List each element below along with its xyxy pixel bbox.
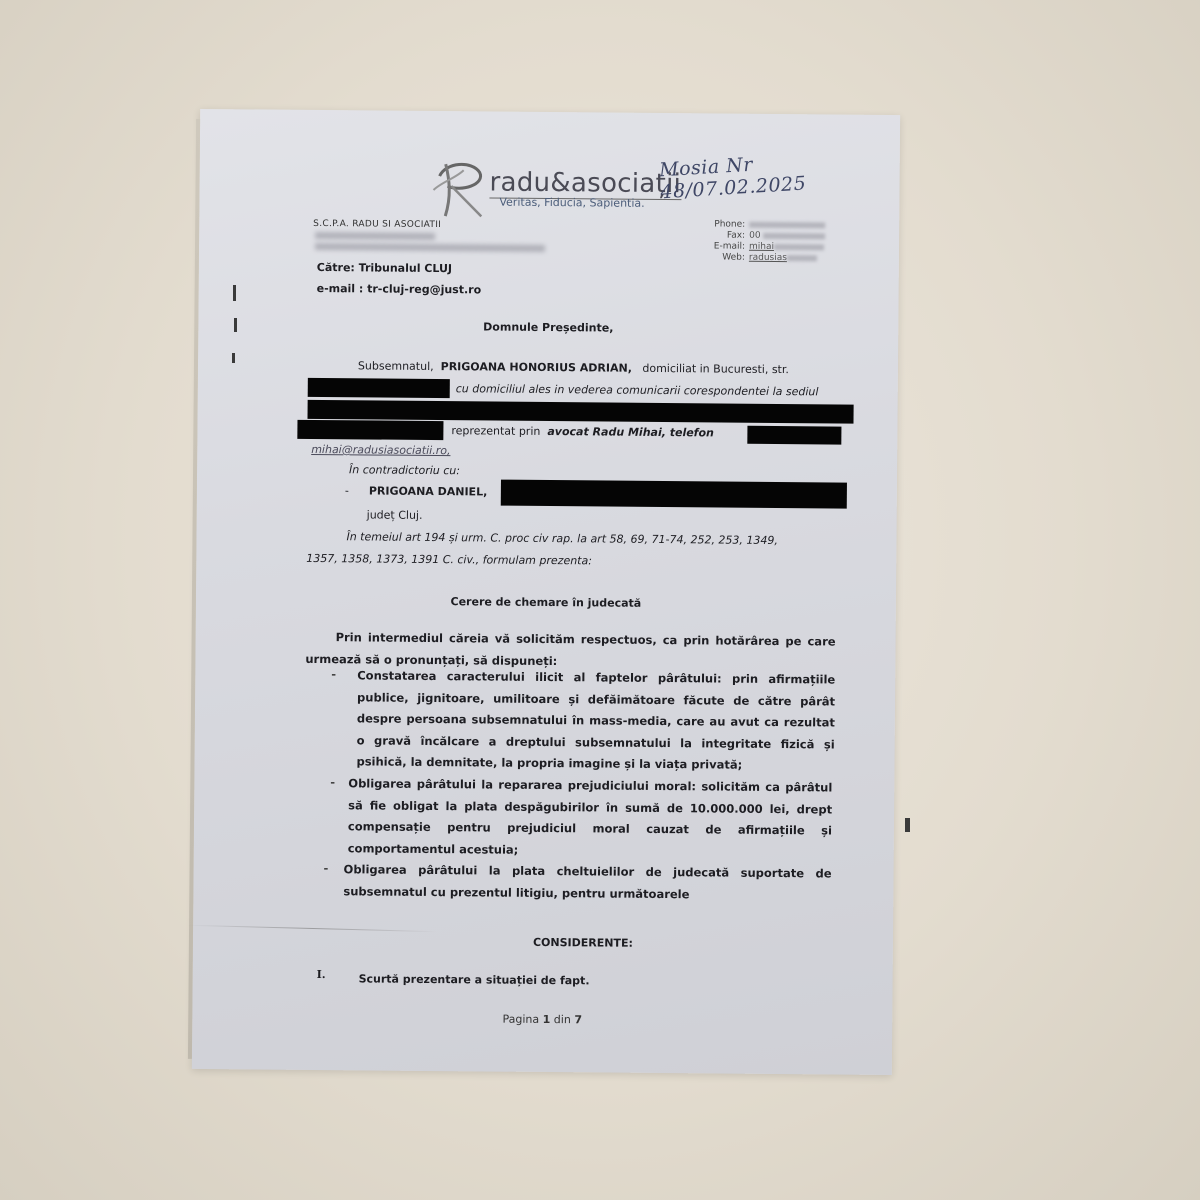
blurred-email: [774, 243, 824, 249]
lawyer-email-link[interactable]: mihai@radusiasociatii.ro,: [311, 443, 450, 457]
defendant-name: PRIGOANA DANIEL,: [369, 484, 488, 498]
considerente-heading: CONSIDERENTE:: [233, 933, 933, 952]
fax-label: Fax:: [727, 231, 745, 242]
phone-label: Phone:: [714, 219, 745, 230]
salutation: Domnule Președinte,: [198, 318, 898, 337]
scan-mark: [232, 353, 235, 363]
request-item-1: Constatarea caracterului ilicit al fapte…: [356, 665, 835, 777]
lawyer-name: avocat Radu Mihai, telefon: [547, 425, 714, 439]
defendant-dash: -: [345, 484, 349, 497]
current-page: 1: [543, 1013, 551, 1026]
contra-label: În contradictoriu cu:: [349, 463, 460, 477]
section-1-number: I.: [317, 968, 326, 981]
recipient-email: e-mail : tr-cluj-reg@just.ro: [317, 282, 482, 296]
web-prefix: radusias: [749, 253, 787, 263]
blurred-web: [787, 255, 817, 261]
blurred-phone: [749, 221, 825, 228]
legal-basis-line-2: 1357, 1358, 1373, 1391 C. civ., formulam…: [306, 552, 592, 567]
firm-logo-icon: [431, 156, 486, 218]
document-page: radu&asociații Veritas, Fiducia, Sapient…: [192, 109, 900, 1075]
page-footer: Pagina 1 din 7: [192, 1010, 892, 1029]
intro-line-2: cu domiciliul ales in vederea comunicari…: [456, 382, 819, 398]
fax-prefix: 00: [749, 231, 761, 241]
redaction-box: [308, 378, 450, 398]
redaction-box: [297, 420, 443, 440]
intro-line-1: Subsemnatul, PRIGOANA HONORIUS ADRIAN, d…: [358, 359, 789, 376]
paper-smudge: [187, 925, 437, 933]
redaction-box: [747, 426, 841, 445]
redaction-box: [501, 480, 847, 509]
scan-mark: [234, 318, 237, 332]
bullet-dash: -: [331, 667, 336, 681]
plaintiff-name: PRIGOANA HONORIUS ADRIAN,: [441, 360, 632, 375]
total-pages: 7: [574, 1013, 582, 1026]
firm-tagline: Veritas, Fiducia, Sapientia.: [499, 196, 644, 210]
web-label: Web:: [722, 253, 745, 264]
blurred-address-line-1: [315, 232, 435, 240]
recipient-court: Către: Tribunalul CLUJ: [317, 261, 452, 275]
bullet-dash: -: [324, 861, 329, 875]
defendant-county: județ Cluj.: [367, 508, 423, 521]
firm-contact-block: Phone: Fax:00 E-mail:mihai Web:radusias: [679, 219, 829, 264]
firm-name: S.C.P.A. RADU SI ASOCIATII: [313, 219, 441, 230]
bullet-dash: -: [330, 775, 335, 789]
intro-line-4: reprezentat prin avocat Radu Mihai, tele…: [451, 424, 714, 439]
blurred-fax: [763, 232, 825, 239]
email-label: E-mail:: [714, 241, 745, 252]
email-prefix: mihai: [749, 242, 774, 252]
handwritten-registration-note: Mosia Nr 48/07.02.2025: [659, 145, 901, 204]
blurred-address-line-2: [315, 243, 545, 252]
legal-basis-line-1: În temeiul art 194 și urm. C. proc civ r…: [346, 530, 778, 547]
scan-mark: [905, 818, 910, 832]
scan-mark: [233, 285, 236, 301]
document-title: Cerere de chemare în judecată: [196, 593, 896, 612]
firm-logo-name: radu&asociații: [489, 167, 681, 199]
request-item-3: Obligarea pârâtului la plata cheltuielil…: [343, 859, 831, 906]
request-item-2: Obligarea pârâtului la repararea prejudi…: [348, 773, 833, 863]
section-1-title: Scurtă prezentare a situației de fapt.: [359, 972, 590, 987]
